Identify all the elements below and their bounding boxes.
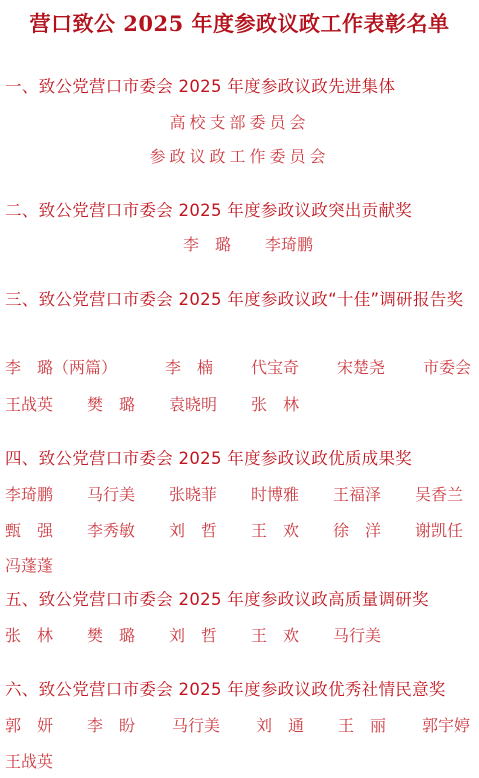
recipient-name: 郭 妍 — [5, 715, 53, 737]
recipient-name: 市委会 — [423, 357, 471, 379]
recipient-name: 时博雅 — [251, 484, 299, 506]
recipient-name: 李 璐 — [183, 234, 231, 256]
recipient-name: 王福泽 — [333, 484, 381, 506]
recipient-name: 张 林 — [251, 394, 299, 416]
section-heading-6: 六、致公党营口市委会 2025 年度参政议政优秀社情民意奖 — [5, 679, 446, 701]
section-heading-1: 一、致公党营口市委会 2025 年度参政议政先进集体 — [5, 76, 395, 98]
recipient-name: 张晓菲 — [169, 484, 217, 506]
recipient-name: 吴香兰 — [415, 484, 463, 506]
recipient-name: 王 丽 — [338, 715, 386, 737]
section-heading-5: 五、致公党营口市委会 2025 年度参政议政高质量调研奖 — [5, 589, 429, 611]
section-heading-4: 四、致公党营口市委会 2025 年度参政议政优质成果奖 — [5, 448, 412, 470]
names-row: 李 璐（两篇） 李 楠 代宝奇 宋楚尧 市委会 — [5, 357, 479, 379]
section-heading-3: 三、致公党营口市委会 2025 年度参政议政“十佳”调研报告奖 — [5, 283, 479, 316]
recipient-name: 代宝奇 — [251, 357, 299, 379]
recipient-name: 宋楚尧 — [337, 357, 385, 379]
recipient-name: 王战英 — [5, 394, 53, 416]
recipient-name: 李 楠 — [165, 357, 213, 379]
names-row: 李 璐 李琦鹏 — [5, 234, 479, 256]
recipient-name: 李秀敏 — [87, 520, 135, 542]
recipient-name: 马行美 — [172, 715, 220, 737]
recipient-name: 刘 通 — [256, 715, 304, 737]
names-row: 冯蓬蓬 — [5, 555, 479, 577]
recipient-name: 谢凯任 — [415, 520, 463, 542]
recipient-name: 樊 璐 — [87, 394, 135, 416]
recipient-name: 王 欢 — [251, 625, 299, 647]
names-row: 王战英 — [5, 751, 479, 773]
recipient-collective: 参政议政工作委员会 — [0, 146, 479, 168]
section-heading-2: 二、致公党营口市委会 2025 年度参政议政突出贡献奖 — [5, 200, 412, 222]
recipient-name: 李 盼 — [87, 715, 135, 737]
recipient-name: 郭宇婷 — [422, 715, 470, 737]
names-row: 郭 妍 李 盼 马行美 刘 通 王 丽 郭宇婷 — [5, 715, 479, 737]
recipient-name: 李琦鹏 — [265, 234, 313, 256]
recipient-name: 冯蓬蓬 — [5, 555, 53, 577]
recipient-name: 王 欢 — [251, 520, 299, 542]
names-row: 甄 强 李秀敏 刘 哲 王 欢 徐 洋 谢凯任 — [5, 520, 479, 542]
recipient-name: 刘 哲 — [169, 625, 217, 647]
recipient-name: 马行美 — [333, 625, 381, 647]
recipient-name: 李琦鹏 — [5, 484, 53, 506]
names-row: 王战英 樊 璐 袁晓明 张 林 — [5, 394, 479, 416]
recipient-name: 甄 强 — [5, 520, 53, 542]
recipient-name: 马行美 — [87, 484, 135, 506]
names-row: 李琦鹏 马行美 张晓菲 时博雅 王福泽 吴香兰 — [5, 484, 479, 506]
recipient-name: 王战英 — [5, 751, 53, 773]
recipient-name: 李 璐（两篇） — [5, 357, 117, 379]
page-title: 营口致公 2025 年度参政议政工作表彰名单 — [0, 8, 479, 38]
recipient-collective: 高校支部委员会 — [0, 112, 479, 134]
recipient-name: 张 林 — [5, 625, 53, 647]
names-row: 张 林 樊 璐 刘 哲 王 欢 马行美 — [5, 625, 479, 647]
recipient-name: 袁晓明 — [169, 394, 217, 416]
recipient-name: 樊 璐 — [87, 625, 135, 647]
recipient-name: 刘 哲 — [169, 520, 217, 542]
recipient-name: 徐 洋 — [333, 520, 381, 542]
